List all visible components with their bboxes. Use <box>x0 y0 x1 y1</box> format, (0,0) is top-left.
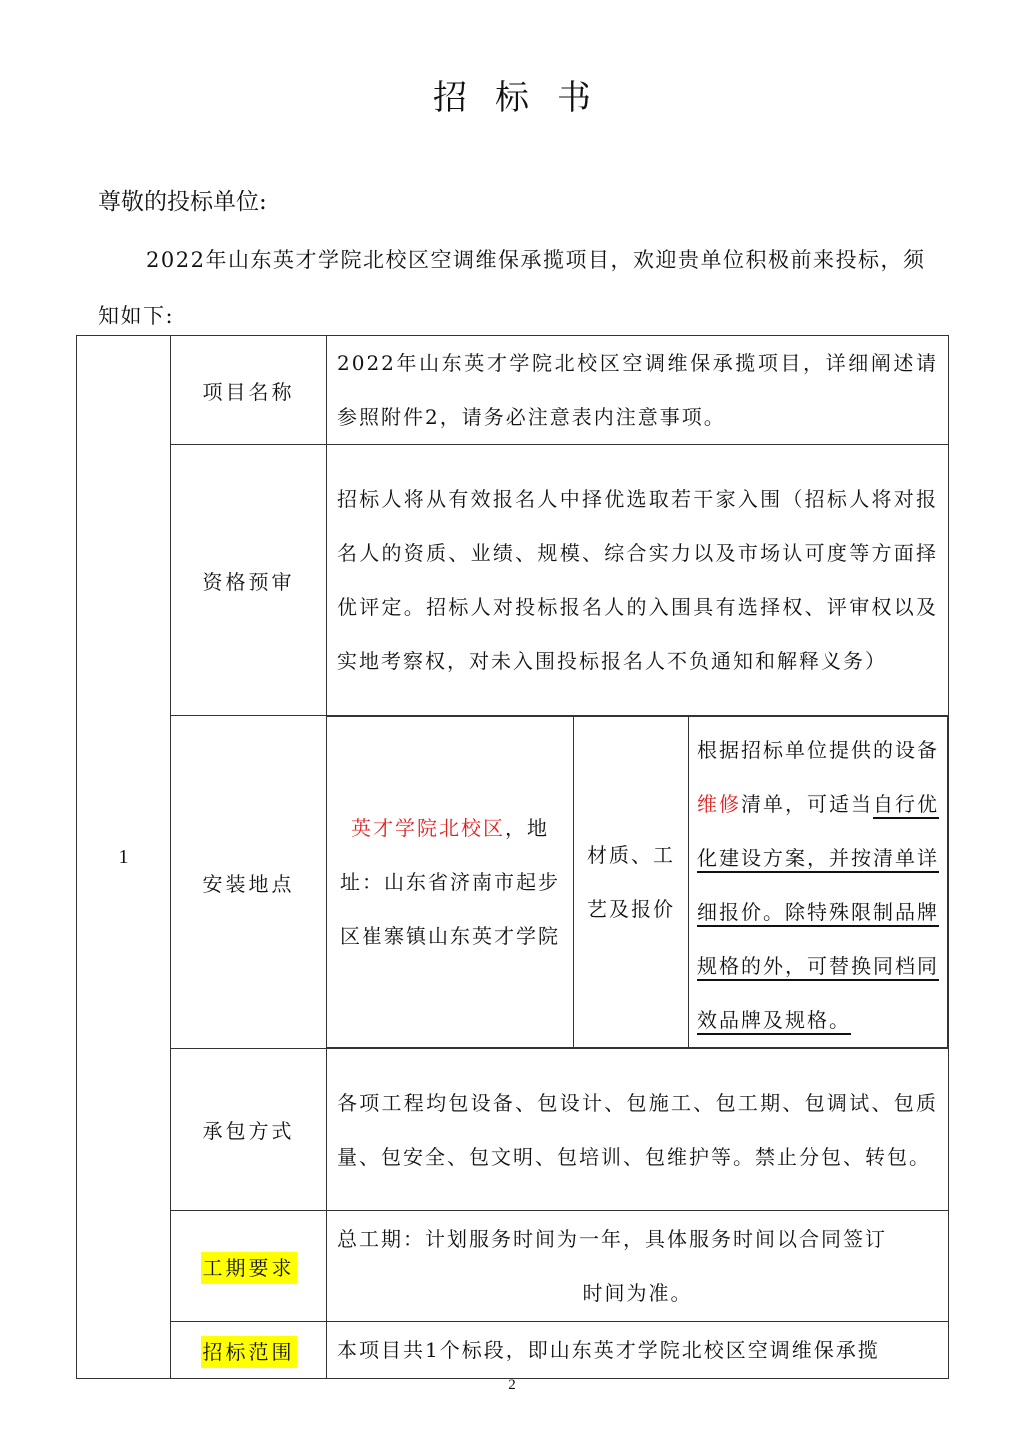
label-project-name: 项目名称 <box>203 380 295 404</box>
table-row-schedule: 工期要求 总工期：计划服务时间为一年，具体服务时间以合同签订 时间为准。 <box>77 1211 949 1322</box>
label-cell: 招标范围 <box>171 1322 327 1379</box>
quote-underlined-text: 自行优化建设方案，并按清单详细报价。除特殊限制品牌规格的外，可替换同档同效品牌及… <box>697 792 939 1032</box>
quote-red-text: 维修 <box>697 792 741 816</box>
salutation: 尊敬的投标单位: <box>98 183 267 216</box>
content-scope: 本项目共1个标段，即山东英才学院北校区空调维保承揽 <box>337 1338 880 1362</box>
table-row-scope: 招标范围 本项目共1个标段，即山东英才学院北校区空调维保承揽 <box>77 1322 949 1379</box>
content-cell: 2022年山东英才学院北校区空调维保承揽项目，详细阐述请参照附件2，请务必注意表… <box>327 336 949 445</box>
row-number-cell: 1 <box>77 336 171 1379</box>
table-row-project-name: 1 项目名称 2022年山东英才学院北校区空调维保承揽项目，详细阐述请参照附件2… <box>77 336 949 445</box>
content-cell: 总工期：计划服务时间为一年，具体服务时间以合同签订 时间为准。 <box>327 1211 949 1322</box>
content-cell: 各项工程均包设备、包设计、包施工、包工期、包调试、包质量、包安全、包文明、包培训… <box>327 1049 949 1211</box>
install-location-subtable-cell: 英才学院北校区，地址：山东省济南市起步区崔寨镇山东英才学院 材质、工艺及报价 根… <box>327 716 949 1049</box>
label-cell: 工期要求 <box>171 1211 327 1322</box>
address-cell: 英才学院北校区，地址：山东省济南市起步区崔寨镇山东英才学院 <box>327 717 574 1048</box>
label-install-location: 安装地点 <box>203 872 295 896</box>
page-number: 2 <box>0 1377 1024 1394</box>
label-cell: 资格预审 <box>171 445 327 716</box>
content-cell: 本项目共1个标段，即山东英才学院北校区空调维保承揽 <box>327 1322 949 1379</box>
materials-label-cell: 材质、工艺及报价 <box>574 717 689 1048</box>
label-cell: 项目名称 <box>171 336 327 445</box>
install-location-subtable: 英才学院北校区，地址：山东省济南市起步区崔寨镇山东英才学院 材质、工艺及报价 根… <box>327 716 948 1048</box>
content-project-name: 2022年山东英才学院北校区空调维保承揽项目，详细阐述请参照附件2，请务必注意表… <box>337 351 938 429</box>
label-contract-method: 承包方式 <box>203 1119 295 1143</box>
quote-prefix: 根据招标单位提供的设备 <box>697 738 939 762</box>
label-cell: 承包方式 <box>171 1049 327 1211</box>
content-schedule-line1: 总工期：计划服务时间为一年，具体服务时间以合同签订 <box>337 1212 938 1266</box>
row-number: 1 <box>119 846 129 868</box>
label-scope: 招标范围 <box>201 1336 297 1368</box>
content-contract-method: 各项工程均包设备、包设计、包施工、包工期、包调试、包质量、包安全、包文明、包培训… <box>337 1091 938 1169</box>
quote-cell: 根据招标单位提供的设备维修清单，可适当自行优化建设方案，并按清单详细报价。除特殊… <box>689 717 948 1048</box>
materials-label: 材质、工艺及报价 <box>587 843 675 921</box>
label-prequalification: 资格预审 <box>203 570 295 594</box>
table-row-contract-method: 承包方式 各项工程均包设备、包设计、包施工、包工期、包调试、包质量、包安全、包文… <box>77 1049 949 1211</box>
table-row-prequalification: 资格预审 招标人将从有效报名人中择优选取若干家入围（招标人将对报名人的资质、业绩… <box>77 445 949 716</box>
campus-name-highlight: 英才学院北校区 <box>351 816 505 840</box>
tender-spec-table: 1 项目名称 2022年山东英才学院北校区空调维保承揽项目，详细阐述请参照附件2… <box>76 335 949 1379</box>
content-prequalification: 招标人将从有效报名人中择优选取若干家入围（招标人将对报名人的资质、业绩、规模、综… <box>337 487 938 673</box>
table-row-install-location: 安装地点 英才学院北校区，地址：山东省济南市起步区崔寨镇山东英才学院 材质、工艺… <box>77 716 949 1049</box>
quote-mid: 清单，可适当 <box>741 792 873 816</box>
content-schedule-line2: 时间为准。 <box>337 1266 938 1320</box>
label-cell: 安装地点 <box>171 716 327 1049</box>
intro-paragraph: 2022年山东英才学院北校区空调维保承揽项目，欢迎贵单位积极前来投标，须知如下: <box>98 232 940 344</box>
content-cell: 招标人将从有效报名人中择优选取若干家入围（招标人将对报名人的资质、业绩、规模、综… <box>327 445 949 716</box>
document-title: 招标书 <box>0 70 1024 119</box>
label-schedule: 工期要求 <box>201 1252 297 1284</box>
